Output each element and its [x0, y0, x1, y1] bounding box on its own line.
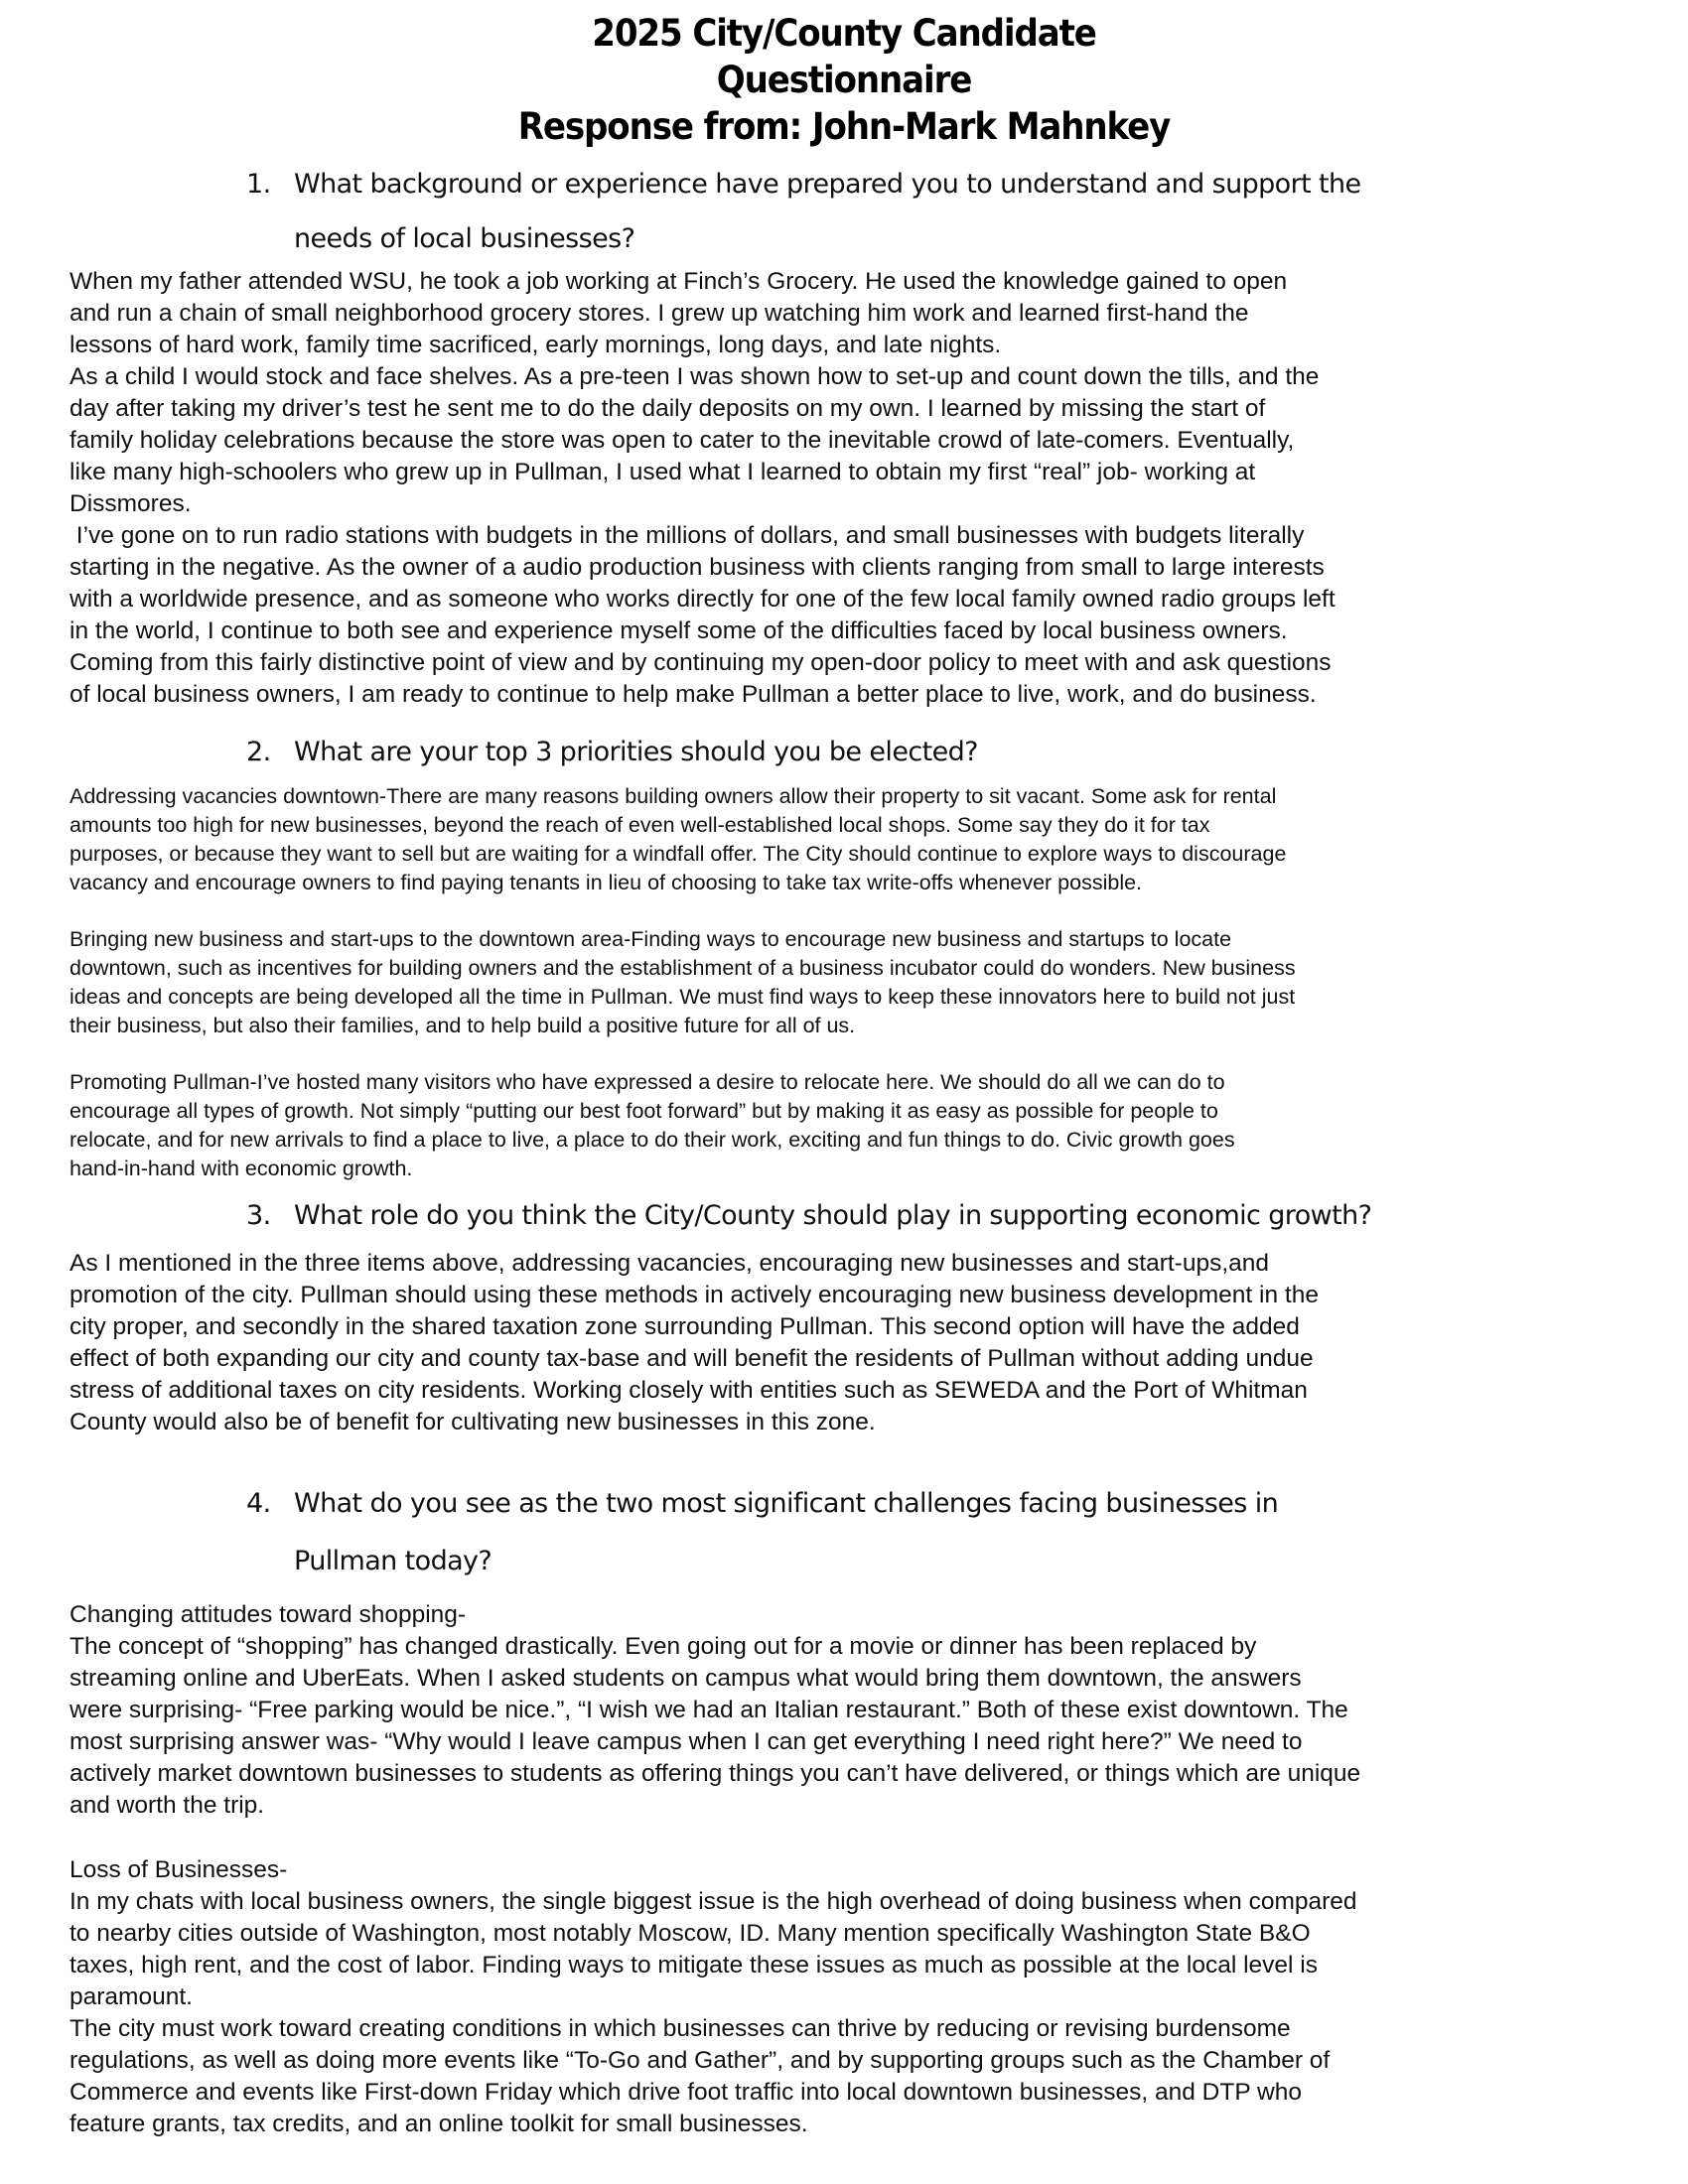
answer-line: to nearby cities outside of Washington, …	[70, 1918, 1549, 1950]
question-4-heading: 4.What do you see as the two most signif…	[246, 1488, 1278, 1519]
answer-line: The city must work toward creating condi…	[70, 2013, 1549, 2045]
answer-line: actively market downtown businesses to s…	[70, 1758, 1549, 1790]
answer-line: their business, but also their families,…	[70, 1012, 1549, 1040]
answer-line: Bringing new business and start-ups to t…	[70, 925, 1549, 954]
question-1-heading-continued: needs of local businesses?	[294, 223, 634, 254]
answer-3: As I mentioned in the three items above,…	[70, 1248, 1549, 1438]
answer-line: downtown, such as incentives for buildin…	[70, 954, 1549, 983]
answer-4-challenge-1: Changing attitudes toward shopping- The …	[70, 1599, 1549, 1822]
answer-4-challenge-2: Loss of Businesses- In my chats with loc…	[70, 1854, 1549, 2140]
answer-line: Promoting Pullman-I’ve hosted many visit…	[70, 1068, 1549, 1097]
question-2-heading: 2.What are your top 3 priorities should …	[246, 737, 978, 767]
answer-line: most surprising answer was- “Why would I…	[70, 1726, 1549, 1758]
question-number: 1.	[246, 169, 294, 200]
question-text: What do you see as the two most signific…	[294, 1488, 1278, 1519]
answer-section-heading: Loss of Businesses-	[70, 1854, 1549, 1886]
answer-line: and run a chain of small neighborhood gr…	[70, 298, 1549, 330]
question-number: 4.	[246, 1488, 294, 1519]
answer-line: vacancy and encourage owners to find pay…	[70, 869, 1549, 897]
answer-line: As a child I would stock and face shelve…	[70, 361, 1549, 393]
answer-line: in the world, I continue to both see and…	[70, 615, 1549, 647]
answer-line: regulations, as well as doing more event…	[70, 2045, 1549, 2077]
document-title-line-3: Response from: John-Mark Mahnkey	[68, 103, 1620, 151]
answer-line: effect of both expanding our city and co…	[70, 1343, 1549, 1375]
answer-line: feature grants, tax credits, and an onli…	[70, 2109, 1549, 2140]
answer-line: Coming from this fairly distinctive poin…	[70, 647, 1549, 679]
question-3-heading: 3.What role do you think the City/County…	[246, 1200, 1371, 1231]
answer-line: The concept of “shopping” has changed dr…	[70, 1631, 1549, 1663]
answer-line: city proper, and secondly in the shared …	[70, 1311, 1549, 1343]
question-4-heading-continued: Pullman today?	[294, 1546, 492, 1576]
answer-line: I’ve gone on to run radio stations with …	[70, 520, 1549, 552]
answer-section-heading: Changing attitudes toward shopping-	[70, 1599, 1549, 1631]
answer-line: amounts too high for new businesses, bey…	[70, 811, 1549, 840]
question-number: 2.	[246, 737, 294, 767]
answer-line: with a worldwide presence, and as someon…	[70, 584, 1549, 615]
answer-line: encourage all types of growth. Not simpl…	[70, 1097, 1549, 1126]
answer-line: lessons of hard work, family time sacrif…	[70, 330, 1549, 361]
answer-line: taxes, high rent, and the cost of labor.…	[70, 1950, 1549, 1981]
answer-line: Dissmores.	[70, 488, 1549, 520]
question-1-heading: 1.What background or experience have pre…	[246, 169, 1361, 200]
question-text: What background or experience have prepa…	[294, 169, 1361, 200]
answer-line: stress of additional taxes on city resid…	[70, 1375, 1549, 1407]
answer-1: When my father attended WSU, he took a j…	[70, 266, 1549, 711]
question-number: 3.	[246, 1200, 294, 1231]
question-text: What role do you think the City/County s…	[294, 1200, 1371, 1231]
answer-line: In my chats with local business owners, …	[70, 1886, 1549, 1918]
answer-line: ideas and concepts are being developed a…	[70, 983, 1549, 1012]
answer-line: purposes, or because they want to sell b…	[70, 840, 1549, 869]
question-text: What are your top 3 priorities should yo…	[294, 737, 978, 767]
answer-line: and worth the trip.	[70, 1790, 1549, 1822]
document-title-line-2: Questionnaire	[68, 57, 1620, 104]
answer-line: day after taking my driver’s test he sen…	[70, 393, 1549, 425]
answer-line: Commerce and events like First-down Frid…	[70, 2077, 1549, 2109]
answer-line: streaming online and UberEats. When I as…	[70, 1663, 1549, 1695]
document-page: 2025 City/County Candidate Questionnaire…	[0, 0, 1688, 2184]
answer-line: starting in the negative. As the owner o…	[70, 552, 1549, 584]
answer-line: Addressing vacancies downtown-There are …	[70, 782, 1549, 811]
answer-line: County would also be of benefit for cult…	[70, 1407, 1549, 1438]
answer-line: of local business owners, I am ready to …	[70, 679, 1549, 711]
answer-line: like many high-schoolers who grew up in …	[70, 457, 1549, 488]
answer-line: relocate, and for new arrivals to find a…	[70, 1126, 1549, 1155]
answer-line: When my father attended WSU, he took a j…	[70, 266, 1549, 298]
answer-line: were surprising- “Free parking would be …	[70, 1695, 1549, 1726]
answer-line: paramount.	[70, 1981, 1549, 2013]
answer-line: family holiday celebrations because the …	[70, 425, 1549, 457]
answer-2-priority-1: Addressing vacancies downtown-There are …	[70, 782, 1549, 897]
answer-line: promotion of the city. Pullman should us…	[70, 1280, 1549, 1311]
answer-2-priority-2: Bringing new business and start-ups to t…	[70, 925, 1549, 1040]
answer-2-priority-3: Promoting Pullman-I’ve hosted many visit…	[70, 1068, 1549, 1183]
document-title-line-1: 2025 City/County Candidate	[68, 10, 1620, 58]
answer-line: As I mentioned in the three items above,…	[70, 1248, 1549, 1280]
answer-line: hand-in-hand with economic growth.	[70, 1155, 1549, 1183]
